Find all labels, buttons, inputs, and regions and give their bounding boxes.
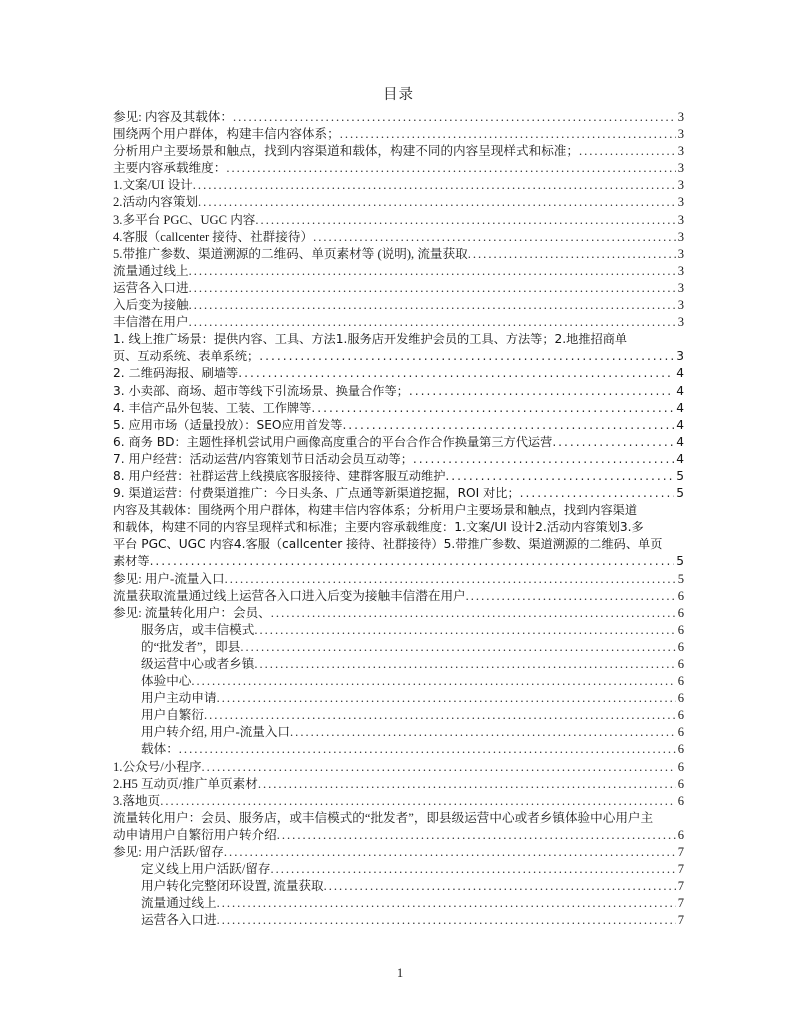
- toc-page-number: 7: [676, 895, 684, 912]
- toc-leader-dots: ........................................…: [225, 571, 676, 588]
- toc-entry-text: 级运营中心或者乡镇: [141, 656, 254, 673]
- toc-entry: 5. 应用市场（适量投放）：SEO应用首发等..................…: [113, 417, 684, 434]
- page-footer-number: 1: [0, 966, 800, 981]
- toc-entry: 1. 线上推广场景：提供内容、工具、方法1.服务店开发维护会员的工具、方法等；2…: [113, 331, 684, 348]
- toc-leader-dots: ........................................…: [226, 160, 675, 177]
- toc-entry: 的“批发者”，即县...............................…: [113, 639, 684, 656]
- toc-page-number: 6: [676, 741, 684, 758]
- toc-page-number: 6: [676, 707, 684, 724]
- toc-page-number: 6: [676, 827, 684, 844]
- toc-entry: 5.带推广参数、渠道溯源的二维码、单页素材等 (说明), 流量获取.......…: [113, 246, 684, 263]
- toc-leader-dots: ........................................…: [340, 126, 676, 143]
- toc-entry-text: 的“批发者”，即县: [141, 639, 240, 656]
- toc-entry: 内容及其载体：围绕两个用户群体，构建丰信内容体系；分析用户主要场景和触点，找到内…: [113, 502, 684, 519]
- toc-entry: 用户自繁衍...................................…: [113, 707, 684, 724]
- toc-entry: 流量通过线上..................................…: [113, 263, 684, 280]
- toc-leader-dots: ........................................…: [189, 280, 676, 297]
- toc-page-number: 4: [674, 451, 684, 468]
- toc-entry-text: 3.多平台 PGC、UGC 内容: [113, 212, 255, 229]
- toc-leader-dots: ........................................…: [204, 707, 676, 724]
- toc-entry: 和载体，构建不同的内容呈现样式和标准；主要内容承载维度：1.文案/UI 设计2.…: [113, 519, 684, 536]
- toc-page-number: 6: [676, 793, 684, 810]
- toc-leader-dots: ........................................…: [342, 417, 674, 434]
- toc-page-number: 6: [676, 656, 684, 673]
- toc-entry-text: 4.客服（callcenter 接待、社群接待）: [113, 229, 313, 246]
- toc-leader-dots: ........................................…: [254, 656, 675, 673]
- toc-entry-text: 丰信潜在用户: [113, 314, 189, 331]
- toc-entry: 级运营中心或者乡镇...............................…: [113, 656, 684, 673]
- toc-entry-text: 参见: 用户活跃/留存: [113, 844, 224, 861]
- toc-entry-text: 主要内容承载维度：: [113, 160, 226, 177]
- toc-entry: 素材等.....................................…: [113, 553, 684, 570]
- toc-entry-text: 运营各入口进: [113, 280, 189, 297]
- toc-page-number: 3: [676, 263, 684, 280]
- toc-entry-text: 用户转化完整闭环设置, 流量获取: [141, 878, 324, 895]
- toc-leader-dots: ........................................…: [224, 844, 676, 861]
- toc-leader-dots: ........................................…: [552, 434, 674, 451]
- toc-entry: 主要内容承载维度：...............................…: [113, 160, 684, 177]
- toc-leader-dots: ........................................…: [255, 212, 675, 229]
- toc-entry-text: 体验中心: [141, 673, 191, 690]
- toc-leader-dots: ........................................…: [217, 690, 676, 707]
- toc-entry-text: 围绕两个用户群体，构建丰信内容体系；: [113, 126, 340, 143]
- toc-leader-dots: ........................................…: [233, 109, 676, 126]
- toc-leader-dots: ........................................…: [191, 673, 675, 690]
- toc-entry-text: 7. 用户经营：活动运营/内容策划节日活动会员互动等；: [113, 451, 413, 468]
- toc-entry: 流量获取流量通过线上运营各入口进入后变为接触丰信潜在用户............…: [113, 588, 684, 605]
- toc-page-number: 7: [676, 861, 684, 878]
- toc-leader-dots: ........................................…: [198, 194, 676, 211]
- toc-entry-text: 9. 渠道运营：付费渠道推广：今日头条、广点通等新渠道挖掘，ROI 对比；: [113, 485, 520, 502]
- toc-leader-dots: ........................................…: [290, 724, 676, 741]
- toc-page-number: 6: [676, 673, 684, 690]
- toc-entry: 用户主动申请..................................…: [113, 690, 684, 707]
- toc-page-number: 6: [676, 759, 684, 776]
- toc-leader-dots: ........................................…: [259, 348, 674, 365]
- toc-entry: 流量转化用户：会员、服务店，或丰信模式的“批发者”，即县级运营中心或者乡镇体验中…: [113, 810, 684, 827]
- toc-entry: 6. 商务 BD：主题性择机尝试用户画像高度重合的平台合作合作换量第三方代运营.…: [113, 434, 684, 451]
- toc-entry-text: 定义线上用户活跃/留存: [141, 861, 270, 878]
- toc-page-number: 3: [676, 212, 684, 229]
- toc-entry: 页、互动系统、表单系统； ...........................…: [113, 348, 684, 365]
- toc-entry-text: 载体：: [141, 741, 179, 758]
- toc-entry-text: 用户自繁衍: [141, 707, 204, 724]
- toc-entry: 3.落地页...................................…: [113, 793, 684, 810]
- toc-leader-dots: ........................................…: [520, 485, 675, 502]
- toc-page-number: 3: [676, 280, 684, 297]
- toc-entry: 分析用户主要场景和触点，找到内容渠道和载体，构建不同的内容呈现样式和标准；...…: [113, 143, 684, 160]
- toc-page-number: 6: [676, 724, 684, 741]
- toc-entry-text: 页、互动系统、表单系统；: [113, 348, 259, 365]
- toc-page-number: 5: [674, 553, 684, 570]
- toc-page-number: 6: [676, 776, 684, 793]
- toc-entry: 动申请用户自繁衍用户转介绍...........................…: [113, 827, 684, 844]
- toc-leader-dots: ........................................…: [240, 639, 675, 656]
- toc-page-number: 6: [676, 639, 684, 656]
- toc-leader-dots: ........................................…: [189, 263, 676, 280]
- toc-leader-dots: ........................................…: [254, 622, 675, 639]
- toc-leader-dots: ........................................…: [271, 605, 676, 622]
- toc-page-number: 6: [676, 605, 684, 622]
- toc-leader-dots: ........................................…: [238, 365, 674, 382]
- toc-entry: 平台 PGC、UGC 内容4.客服（callcenter 接待、社群接待）5.带…: [113, 536, 684, 553]
- toc-entry-text: 3.落地页: [113, 793, 160, 810]
- toc-page-number: 6: [676, 622, 684, 639]
- toc-leader-dots: ........................................…: [324, 878, 676, 895]
- toc-entry: 4.客服（callcenter 接待、社群接待）................…: [113, 229, 684, 246]
- toc-entry: 参见: 流量转化用户：会员、 .........................…: [113, 605, 684, 622]
- toc-leader-dots: ........................................…: [466, 588, 676, 605]
- toc-leader-dots: ........................................…: [579, 143, 676, 160]
- toc-page-number: 3: [676, 229, 684, 246]
- toc-entry-text: 运营各入口进: [141, 912, 217, 929]
- toc-entry: 流量通过线上..................................…: [113, 895, 684, 912]
- toc-entry: 3. 小卖部、商场、超市等线下引流场景、换量合作等； .............…: [113, 383, 684, 400]
- toc-page-number: 6: [676, 588, 684, 605]
- toc-page-number: 3: [676, 126, 684, 143]
- toc-page-number: 7: [676, 878, 684, 895]
- toc-entry-text: 素材等: [113, 553, 150, 570]
- toc-entry-text: 流量获取流量通过线上运营各入口进入后变为接触丰信潜在用户: [113, 588, 466, 605]
- toc-entry: 2. 二维码海报、刷墙等............................…: [113, 365, 684, 382]
- toc-entry-text: 用户转介绍, 用户-流量入口: [141, 724, 290, 741]
- toc-page-number: 4: [674, 417, 684, 434]
- toc-entry-text: 参见: 流量转化用户：会员、: [113, 605, 271, 622]
- toc-page-number: 3: [676, 177, 684, 194]
- toc-page-number: 5: [674, 485, 684, 502]
- toc-leader-dots: ........................................…: [445, 468, 674, 485]
- toc-entry-text: 入后变为接触: [113, 297, 189, 314]
- toc-entry-text: 1. 线上推广场景：提供内容、工具、方法1.服务店开发维护会员的工具、方法等；2…: [113, 331, 627, 348]
- toc-leader-dots: ........................................…: [189, 297, 676, 314]
- toc-leader-dots: ........................................…: [413, 451, 674, 468]
- toc-entry-text: 内容及其载体：围绕两个用户群体，构建丰信内容体系；分析用户主要场景和触点，找到内…: [113, 502, 637, 519]
- document-page: 目录 参见: 内容及其载体：..........................…: [0, 0, 800, 1035]
- toc-leader-dots: ........................................…: [189, 314, 676, 331]
- toc-entry: 2.H5 互动页/推广单页素材.........................…: [113, 776, 684, 793]
- toc-page-number: 3: [676, 143, 684, 160]
- toc-entry: 丰信潜在用户..................................…: [113, 314, 684, 331]
- toc-entry: 体验中心....................................…: [113, 673, 684, 690]
- toc-leader-dots: ........................................…: [468, 246, 676, 263]
- toc-leader-dots: ........................................…: [217, 895, 676, 912]
- toc-entry-text: 2.H5 互动页/推广单页素材: [113, 776, 258, 793]
- toc-entry: 运营各入口进..................................…: [113, 912, 684, 929]
- toc-page-number: 3: [674, 348, 684, 365]
- toc-entry: 参见: 用户活跃/留存.............................…: [113, 844, 684, 861]
- toc-page-number: 4: [674, 383, 684, 400]
- toc-entry-text: 5.带推广参数、渠道溯源的二维码、单页素材等 (说明), 流量获取: [113, 246, 468, 263]
- toc-entry-text: 流量通过线上: [141, 895, 217, 912]
- toc-leader-dots: ........................................…: [202, 759, 676, 776]
- toc-entry-text: 1.公众号/小程序: [113, 759, 202, 776]
- toc-page-number: 7: [676, 844, 684, 861]
- toc-entry: 8. 用户经营：社群运营上线摸底客服接待、建群客服互动维护...........…: [113, 468, 684, 485]
- toc-page-number: 3: [676, 314, 684, 331]
- toc-page-number: 3: [676, 160, 684, 177]
- toc-entry: 载体： ....................................…: [113, 741, 684, 758]
- toc-leader-dots: ........................................…: [179, 741, 676, 758]
- toc-page-number: 6: [676, 690, 684, 707]
- toc-entry-text: 2. 二维码海报、刷墙等: [113, 365, 238, 382]
- toc-leader-dots: ........................................…: [258, 776, 676, 793]
- toc-entry: 入后变为接触..................................…: [113, 297, 684, 314]
- toc-entry-text: 2.活动内容策划: [113, 194, 198, 211]
- toc-leader-dots: ........................................…: [193, 177, 676, 194]
- toc-page-number: 3: [676, 194, 684, 211]
- toc-entry: 用户转化完整闭环设置, 流量获取........................…: [113, 878, 684, 895]
- toc-entry-text: 用户主动申请: [141, 690, 217, 707]
- toc-entry: 参见: 用户-流量入口.............................…: [113, 571, 684, 588]
- toc-entry: 4. 丰信产品外包装、工装、工作牌等......................…: [113, 400, 684, 417]
- toc-entry-text: 流量通过线上: [113, 263, 189, 280]
- toc-list: 参见: 内容及其载体：.............................…: [113, 109, 684, 930]
- toc-entry-text: 分析用户主要场景和触点，找到内容渠道和载体，构建不同的内容呈现样式和标准；: [113, 143, 579, 160]
- toc-entry: 定义线上用户活跃/留存.............................…: [113, 861, 684, 878]
- toc-entry: 1.公众号/小程序...............................…: [113, 759, 684, 776]
- toc-page-number: 4: [674, 400, 684, 417]
- toc-entry-text: 动申请用户自繁衍用户转介绍: [113, 827, 277, 844]
- toc-leader-dots: ........................................…: [160, 793, 675, 810]
- toc-entry-text: 6. 商务 BD：主题性择机尝试用户画像高度重合的平台合作合作换量第三方代运营: [113, 434, 552, 451]
- toc-leader-dots: ........................................…: [150, 553, 675, 570]
- toc-leader-dots: ........................................…: [313, 229, 676, 246]
- toc-entry-text: 平台 PGC、UGC 内容4.客服（callcenter 接待、社群接待）5.带…: [113, 536, 662, 553]
- toc-page-number: 4: [674, 434, 684, 451]
- toc-entry-text: 参见: 用户-流量入口: [113, 571, 225, 588]
- toc-entry-text: 和载体，构建不同的内容呈现样式和标准；主要内容承载维度：1.文案/UI 设计2.…: [113, 519, 644, 536]
- toc-page-number: 3: [676, 246, 684, 263]
- toc-entry-text: 8. 用户经营：社群运营上线摸底客服接待、建群客服互动维护: [113, 468, 445, 485]
- toc-entry-text: 服务店，或丰信模式: [141, 622, 254, 639]
- toc-page-number: 3: [676, 109, 684, 126]
- toc-entry: 用户转介绍, 用户-流量入口..........................…: [113, 724, 684, 741]
- toc-leader-dots: ........................................…: [409, 383, 674, 400]
- toc-entry-text: 4. 丰信产品外包装、工装、工作牌等: [113, 400, 311, 417]
- toc-page-number: 4: [674, 365, 684, 382]
- toc-entry: 2.活动内容策划................................…: [113, 194, 684, 211]
- toc-page-number: 5: [674, 468, 684, 485]
- toc-page-number: 7: [676, 912, 684, 929]
- toc-entry: 服务店，或丰信模式...............................…: [113, 622, 684, 639]
- toc-entry-text: 流量转化用户：会员、服务店，或丰信模式的“批发者”，即县级运营中心或者乡镇体验中…: [113, 810, 653, 827]
- toc-page-number: 3: [676, 297, 684, 314]
- toc-entry-text: 1.文案/UI 设计: [113, 177, 193, 194]
- toc-entry: 围绕两个用户群体，构建丰信内容体系；......................…: [113, 126, 684, 143]
- toc-entry: 9. 渠道运营：付费渠道推广：今日头条、广点通等新渠道挖掘，ROI 对比； ..…: [113, 485, 684, 502]
- toc-leader-dots: ........................................…: [311, 400, 674, 417]
- toc-page-number: 5: [676, 571, 684, 588]
- toc-leader-dots: ........................................…: [270, 861, 675, 878]
- toc-entry-text: 3. 小卖部、商场、超市等线下引流场景、换量合作等；: [113, 383, 409, 400]
- toc-leader-dots: ........................................…: [217, 912, 676, 929]
- toc-leader-dots: ........................................…: [277, 827, 676, 844]
- toc-entry-text: 参见: 内容及其载体：: [113, 109, 233, 126]
- toc-entry: 1.文案/UI 设计..............................…: [113, 177, 684, 194]
- toc-entry: 参见: 内容及其载体：.............................…: [113, 109, 684, 126]
- toc-entry-text: 5. 应用市场（适量投放）：SEO应用首发等: [113, 417, 342, 434]
- toc-title: 目录: [113, 86, 684, 104]
- toc-entry: 运营各入口进..................................…: [113, 280, 684, 297]
- toc-entry: 3.多平台 PGC、UGC 内容........................…: [113, 212, 684, 229]
- toc-entry: 7. 用户经营：活动运营/内容策划节日活动会员互动等； ............…: [113, 451, 684, 468]
